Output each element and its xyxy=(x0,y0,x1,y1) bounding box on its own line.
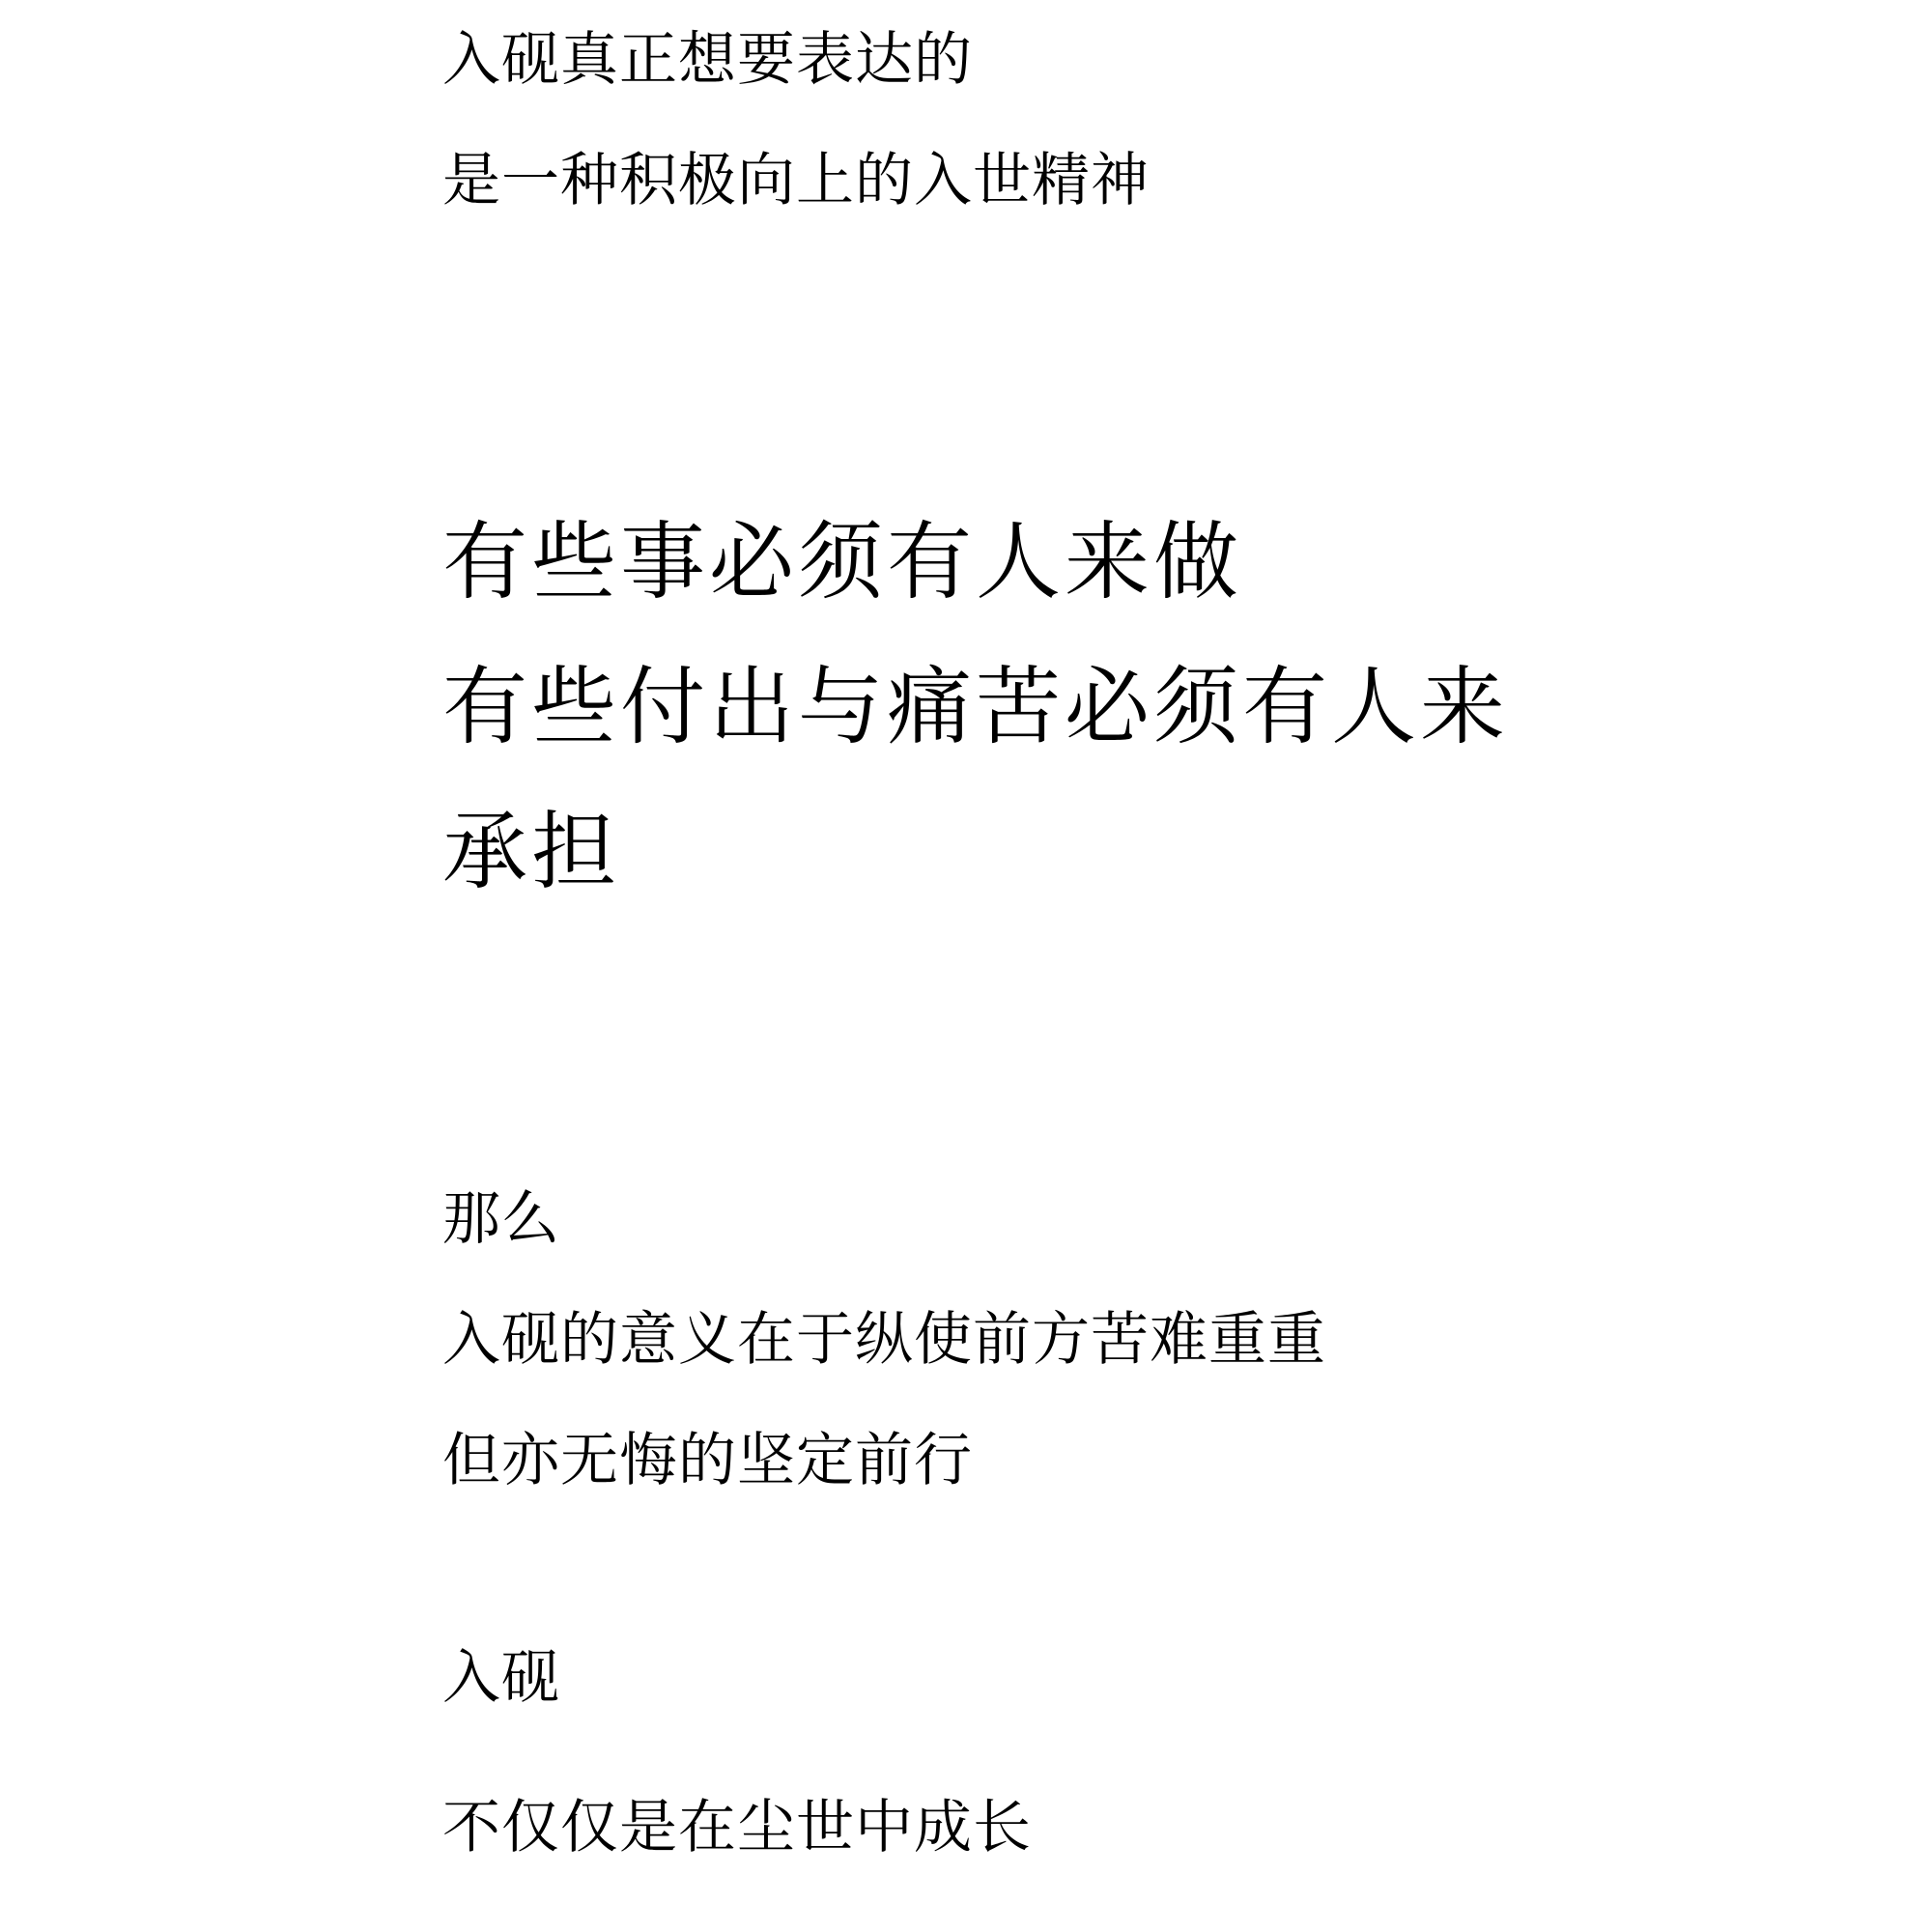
text-line-7: 入砚的意义在于纵使前方苦难重重 xyxy=(442,1311,1326,1369)
text-line-5: 承担 xyxy=(442,810,620,895)
document-page: 入砚真正想要表达的 是一种积极向上的入世精神 有些事必须有人来做 有些付出与痛苦… xyxy=(0,0,1932,1932)
text-line-3: 有些事必须有人来做 xyxy=(442,520,1242,605)
text-line-9: 入砚 xyxy=(442,1649,560,1707)
text-line-4: 有些付出与痛苦必须有人来 xyxy=(442,665,1509,750)
text-line-2: 是一种积极向上的入世精神 xyxy=(442,152,1150,210)
text-line-1: 入砚真正想要表达的 xyxy=(442,31,973,89)
text-line-8: 但亦无悔的坚定前行 xyxy=(442,1432,973,1490)
text-line-6: 那么 xyxy=(442,1190,560,1248)
text-line-10: 不仅仅是在尘世中成长 xyxy=(442,1799,1032,1857)
